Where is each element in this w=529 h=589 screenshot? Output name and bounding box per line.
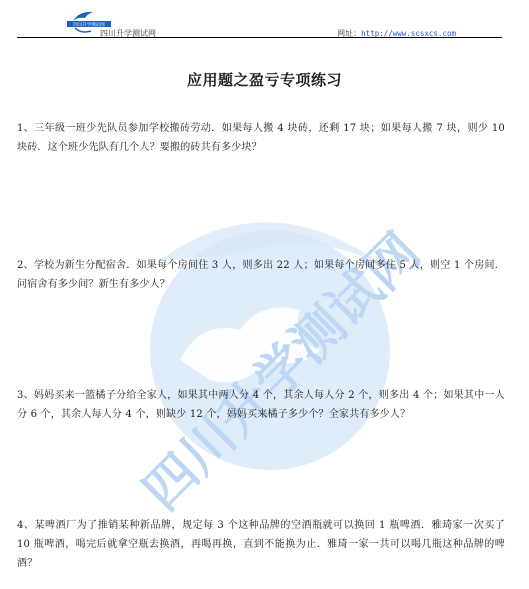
watermark-globe-icon: 四川升学测试网 <box>120 200 440 520</box>
document-page: 四川升学测试网 四川升学测试网 网址：http://www.scsxcs.com… <box>0 0 529 589</box>
svg-text:四川升学测试网: 四川升学测试网 <box>73 21 105 28</box>
page-header: 四川升学测试网 四川升学测试网 网址：http://www.scsxcs.com <box>17 6 502 38</box>
page-title: 应用题之盈亏专项练习 <box>0 69 529 90</box>
header-divider <box>17 37 502 38</box>
question-2: 2、学校为新生分配宿舍．如果每个房间住 3 人，则多出 22 人；如果每个房间多… <box>17 256 505 294</box>
question-1: 1、三年级一班少先队员参加学校搬砖劳动．如果每人搬 4 块砖，还剩 17 块；如… <box>17 119 505 157</box>
question-3: 3、妈妈买来一篮橘子分给全家人，如果其中两人分 4 个，其余人每人分 2 个，则… <box>17 386 505 424</box>
question-4: 4、某啤酒厂为了推销某种新品牌，规定每 3 个这种品牌的空酒瓶就可以换回 1 瓶… <box>17 516 505 573</box>
